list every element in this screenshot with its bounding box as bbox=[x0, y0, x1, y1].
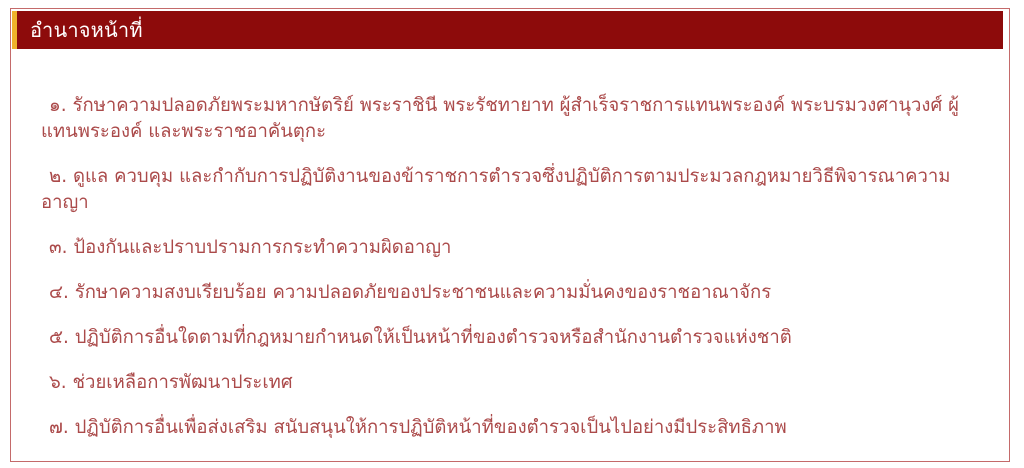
duty-item-2: ๒. ดูแล ควบคุม และกำกับการปฏิบัติงานของข… bbox=[41, 164, 979, 216]
duty-item-7: ๗. ปฏิบัติการอื่นเพื่อส่งเสริม สนับสนุนใ… bbox=[41, 415, 979, 441]
duty-item-1: ๑. รักษาความปลอดภัยพระมหากษัตริย์ พระราช… bbox=[41, 93, 979, 145]
duty-item-3: ๓. ป้องกันและปราบปรามการกระทำความผิดอาญา bbox=[41, 235, 979, 261]
duties-list: ๑. รักษาความปลอดภัยพระมหากษัตริย์ พระราช… bbox=[11, 49, 1009, 461]
duties-panel: อำนาจหน้าที่ ๑. รักษาความปลอดภัยพระมหากษ… bbox=[10, 8, 1010, 462]
duty-item-5: ๕. ปฏิบัติการอื่นใดตามที่กฎหมายกำหนดให้เ… bbox=[41, 325, 979, 351]
duty-item-4: ๔. รักษาความสงบเรียบร้อย ความปลอดภัยของป… bbox=[41, 280, 979, 306]
panel-title: อำนาจหน้าที่ bbox=[30, 14, 143, 46]
duty-item-6: ๖. ช่วยเหลือการพัฒนาประเทศ bbox=[41, 370, 979, 396]
panel-header: อำนาจหน้าที่ bbox=[12, 11, 1003, 49]
